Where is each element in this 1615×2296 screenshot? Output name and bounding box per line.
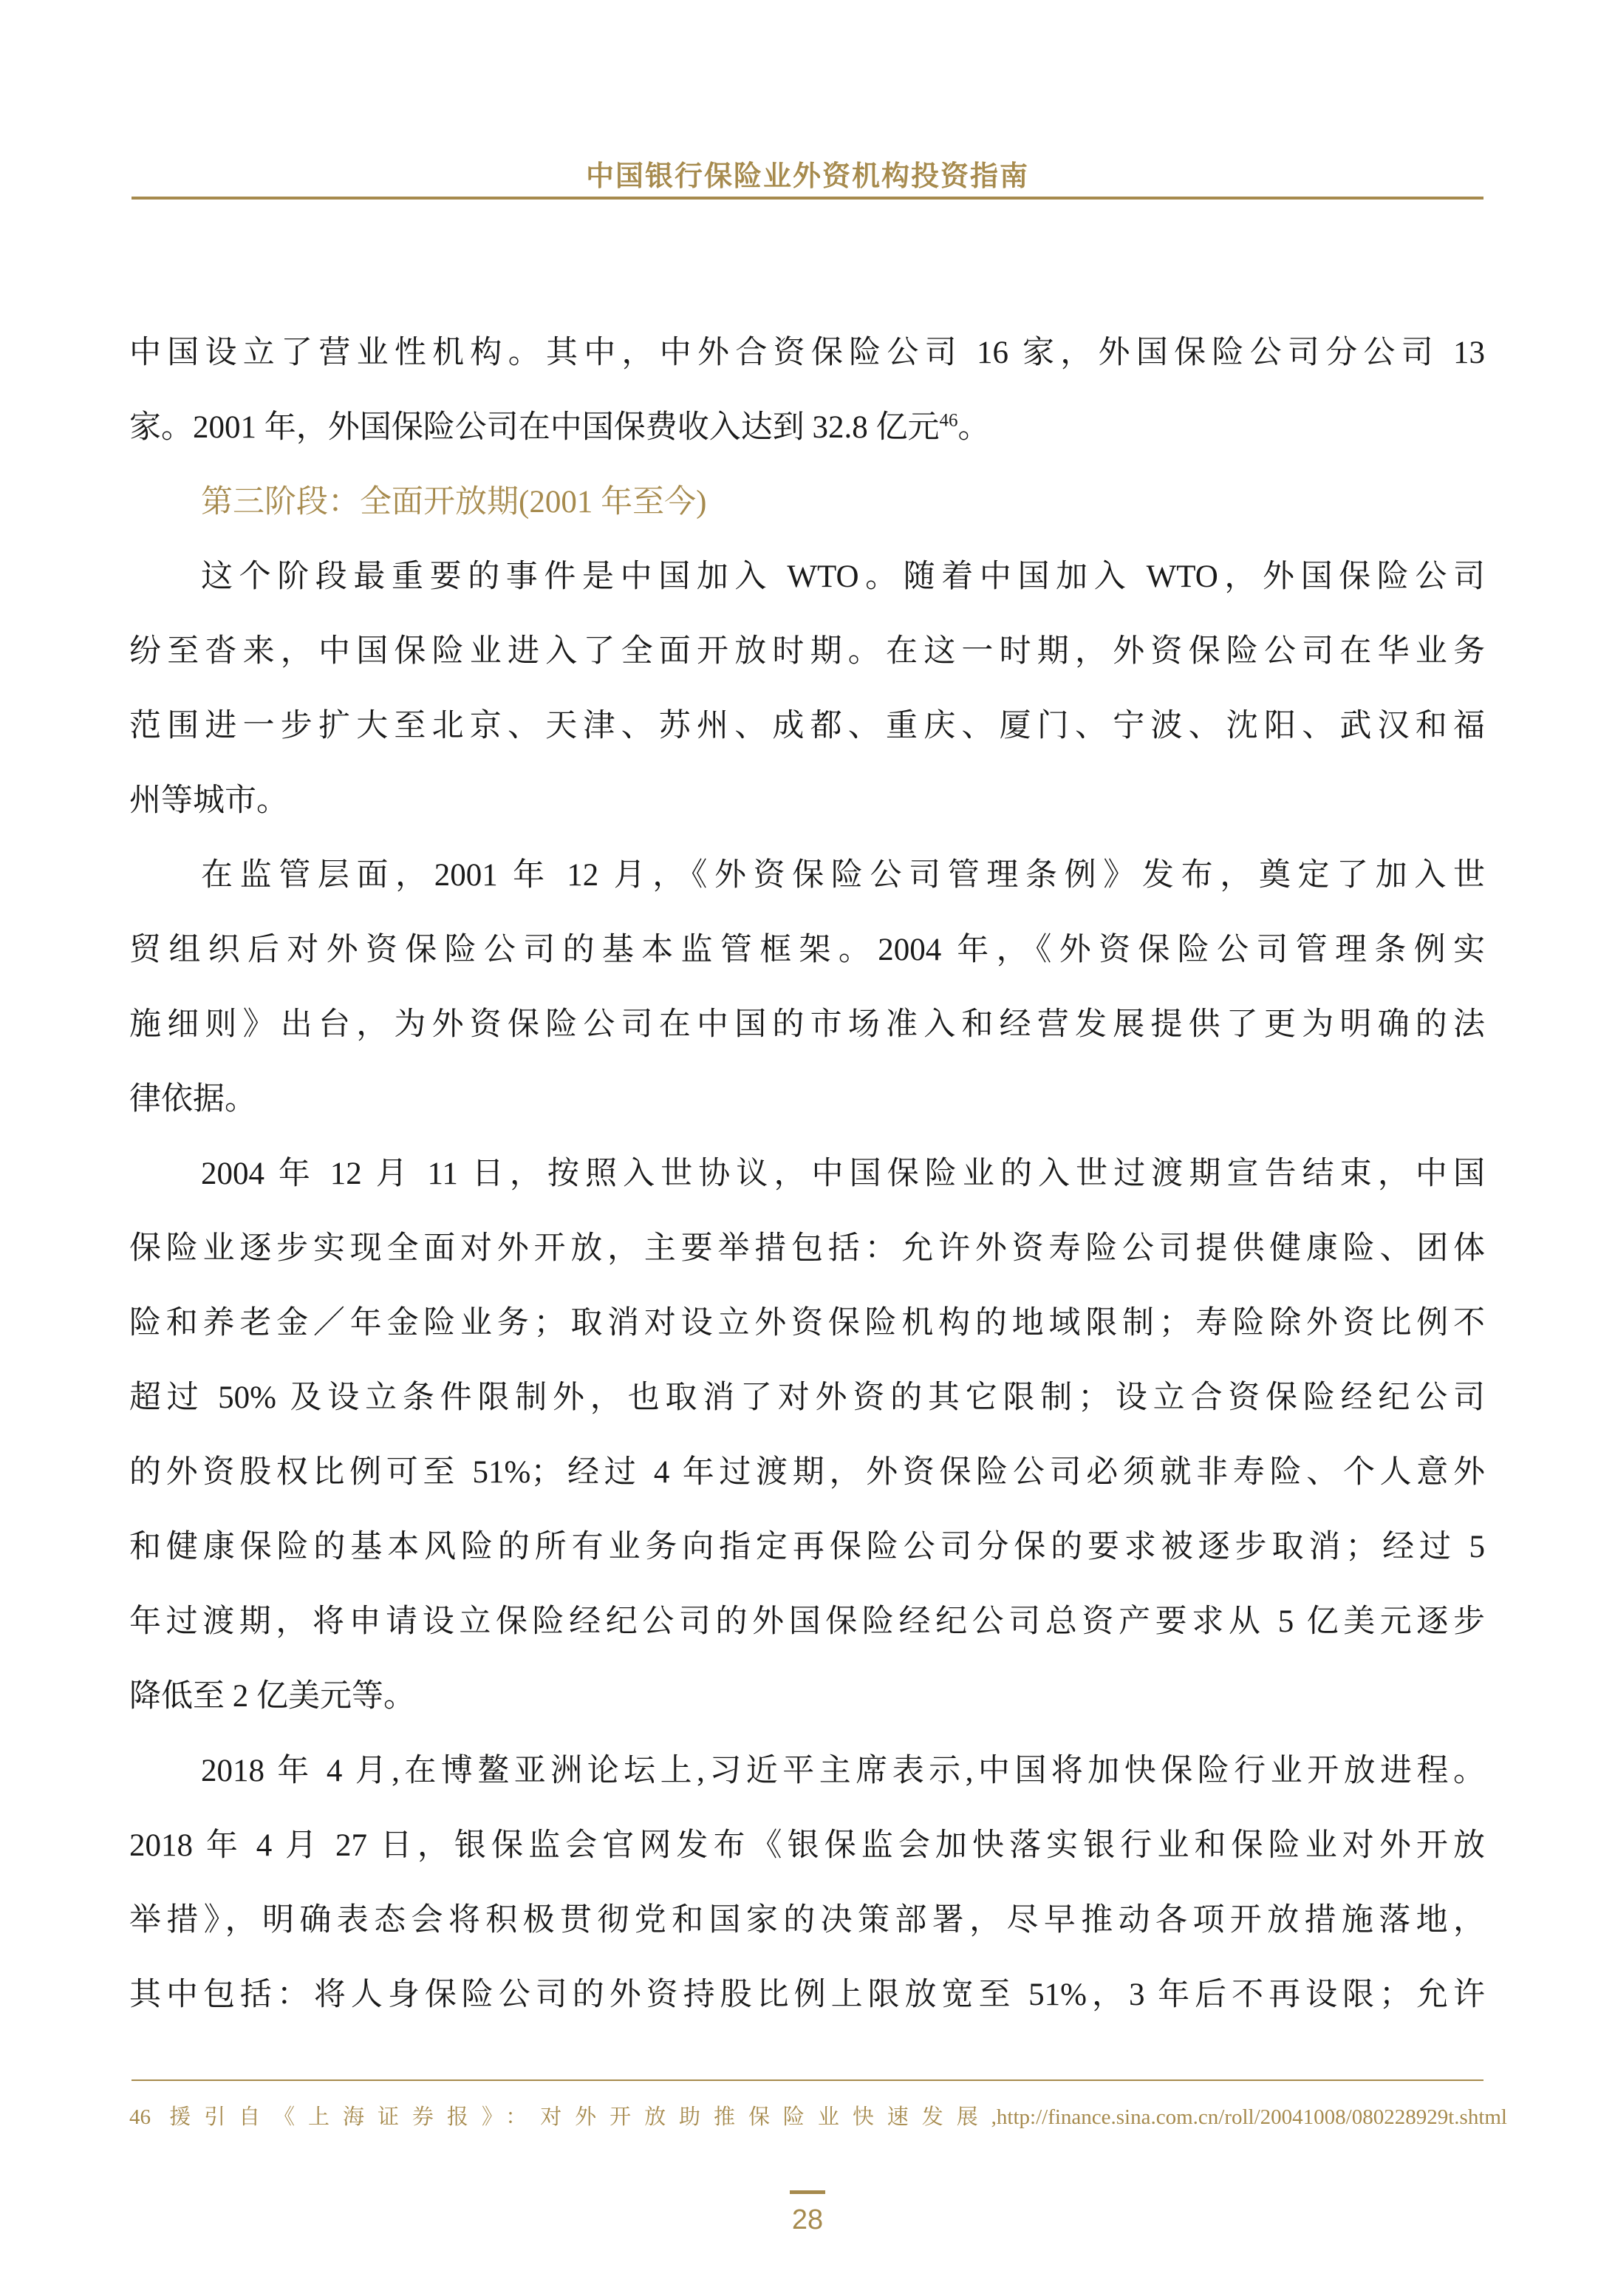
text-line: 2018 年 4 月,在博鳌亚洲论坛上,习近平主席表示,中国将加快保险行业开放进… [129,1734,1485,1808]
text-line: 施细则》出台，为外资保险公司在中国的市场准入和经营发展提供了更为明确的法 [129,987,1485,1062]
footnote-rule [132,2079,1483,2081]
text-line: 在监管层面，2001 年 12 月，《外资保险公司管理条例》发布，奠定了加入世 [129,838,1485,913]
text-line: 这个阶段最重要的事件是中国加入 WTO。随着中国加入 WTO，外国保险公司 [129,539,1485,614]
text-line: 险和养老金／年金险业务；取消对设立外资保险机构的地域限制；寿险除外资比例不 [129,1286,1485,1360]
footnote-text: 46 援引自《上海证券报》：对外开放助推保险业快速发展,http://finan… [129,2102,1507,2133]
text-line: 和健康保险的基本风险的所有业务向指定再保险公司分保的要求被逐步取消；经过 5 [129,1510,1485,1584]
text-line: 中国设立了营业性机构。其中，中外合资保险公司 16 家，外国保险公司分公司 13 [129,316,1485,390]
text-line: 家。2001 年，外国保险公司在中国保费收入达到 32.8 亿元46。 [129,390,1485,465]
text-line: 律依据。 [129,1062,1485,1137]
text-line: 2018 年 4 月 27 日，银保监会官网发布《银保监会加快落实银行业和保险业… [129,1808,1485,1883]
page-header-title: 中国银行保险业外资机构投资指南 [0,162,1615,191]
paragraph: 中国设立了营业性机构。其中，中外合资保险公司 16 家，外国保险公司分公司 13… [129,316,1485,465]
paragraph: 2004 年 12 月 11 日，按照入世协议，中国保险业的入世过渡期宣告结束，… [129,1137,1485,1734]
text-line: 超过 50% 及设立条件限制外，也取消了对外资的其它限制；设立合资保险经纪公司 [129,1360,1485,1435]
text-line: 其中包括：将人身保险公司的外资持股比例上限放宽至 51%，3 年后不再设限；允许 [129,1958,1485,2032]
text-line: 保险业逐步实现全面对外开放，主要举措包括：允许外资寿险公司提供健康险、团体 [129,1211,1485,1286]
paragraph: 在监管层面，2001 年 12 月，《外资保险公司管理条例》发布，奠定了加入世贸… [129,838,1485,1137]
text-line: 降低至 2 亿美元等。 [129,1659,1485,1734]
page-number-rule [790,2190,825,2194]
text-line: 2004 年 12 月 11 日，按照入世协议，中国保险业的入世过渡期宣告结束，… [129,1137,1485,1211]
section-subtitle: 第三阶段：全面开放期(2001 年至今) [129,465,1485,539]
text-line: 贸组织后对外资保险公司的基本监管框架。2004 年，《外资保险公司管理条例实 [129,913,1485,987]
paragraph: 2018 年 4 月,在博鳌亚洲论坛上,习近平主席表示,中国将加快保险行业开放进… [129,1734,1485,2032]
text-line: 年过渡期，将申请设立保险经纪公司的外国保险经纪公司总资产要求从 5 亿美元逐步 [129,1584,1485,1659]
header-rule [132,197,1483,200]
paragraph: 这个阶段最重要的事件是中国加入 WTO。随着中国加入 WTO，外国保险公司纷至沓… [129,539,1485,838]
text-line: 的外资股权比例可至 51%；经过 4 年过渡期，外资保险公司必须就非寿险、个人意… [129,1435,1485,1510]
text-line: 举措》，明确表态会将积极贯彻党和国家的决策部署，尽早推动各项开放措施落地， [129,1883,1485,1958]
text-line: 州等城市。 [129,763,1485,838]
footnote-reference: 46 [940,411,958,431]
text-line: 纷至沓来，中国保险业进入了全面开放时期。在这一时期，外资保险公司在华业务 [129,614,1485,689]
document-page: 中国银行保险业外资机构投资指南 中国设立了营业性机构。其中，中外合资保险公司 1… [0,0,1615,2296]
text-line: 范围进一步扩大至北京、天津、苏州、成都、重庆、厦门、宁波、沈阳、武汉和福 [129,689,1485,763]
text-line: 第三阶段：全面开放期(2001 年至今) [129,465,1485,539]
page-number: 28 [0,2204,1615,2236]
content: 中国设立了营业性机构。其中，中外合资保险公司 16 家，外国保险公司分公司 13… [129,316,1485,2032]
